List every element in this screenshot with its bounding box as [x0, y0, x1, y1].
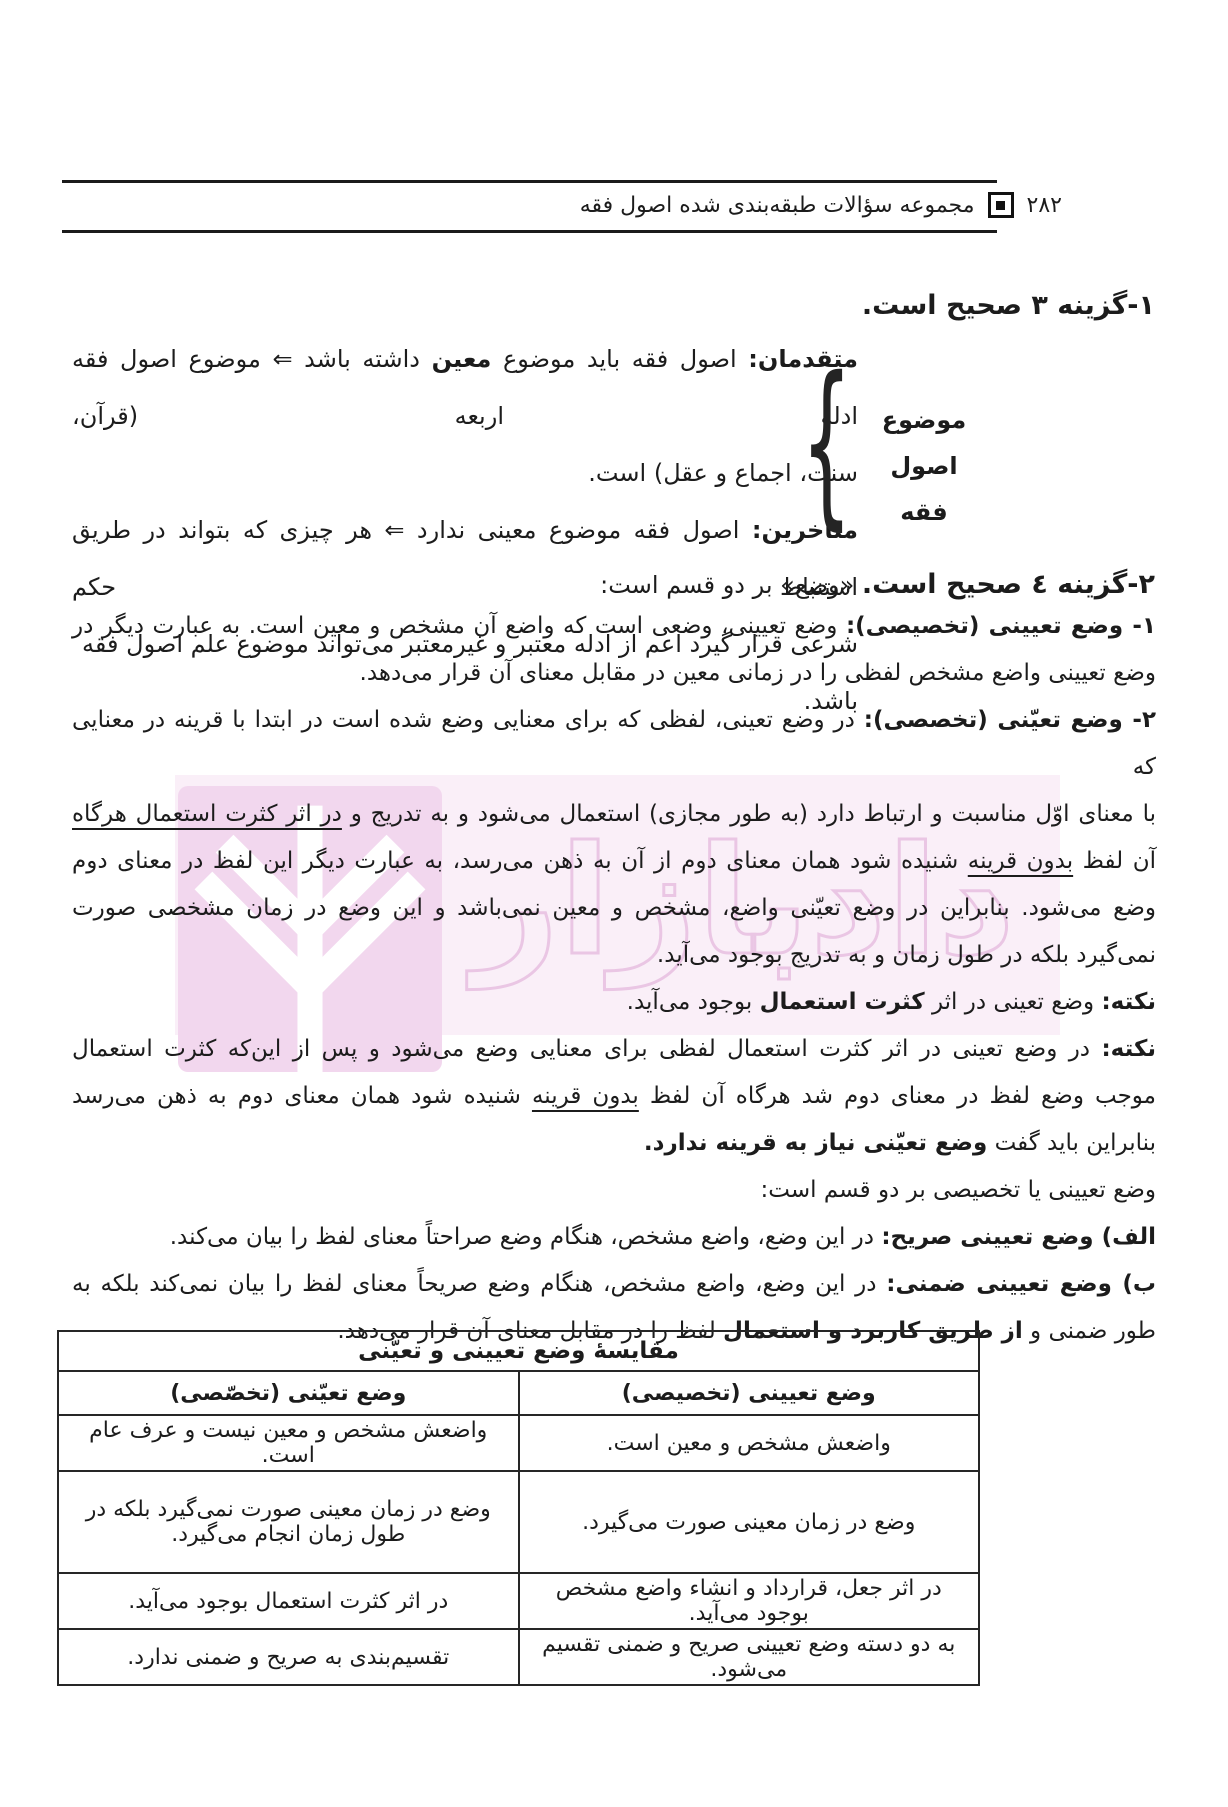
table-title-row: مقایسهٔ وضع تعیینی و تعیّنی	[58, 1331, 979, 1371]
text-line: نکته: در وضع تعینی در اثر کثرت استعمال ل…	[72, 1026, 1156, 1073]
text-line: وضع می‌شود. بنابراین در وضع تعیّنی واضع،…	[72, 885, 1156, 932]
text-segment: نکته:	[1101, 1036, 1156, 1062]
text-segment: اصول فقه باید موضوع	[491, 345, 748, 373]
answer-2-heading-bold: ۲-گزینه ٤ صحیح است.	[862, 569, 1155, 600]
answer-2-heading: ۲-گزینه ٤ صحیح است. «وضع» بر دو قسم است:	[600, 569, 1155, 600]
header-title: مجموعه سؤالات طبقه‌بندی شده اصول فقه	[580, 193, 975, 218]
header-rule-bottom	[62, 230, 997, 233]
text-line: موجب وضع لفظ در معنای دوم شد هرگاه آن لف…	[72, 1073, 1156, 1120]
text-segment: موجب وضع لفظ در معنای دوم شد هرگاه آن لف…	[639, 1083, 1156, 1109]
text-line: آن لفظ بدون قرینه شنیده شود همان معنای د…	[72, 838, 1156, 885]
text-segment: وضع تعیینی، وضعی است که واضع آن مشخص و م…	[72, 613, 846, 639]
cell-right: وضع در زمان معینی صورت می‌گیرد.	[519, 1471, 980, 1573]
text-segment: ۱- وضع تعیینی (تخصیصی):	[846, 613, 1156, 639]
text-segment: وضع می‌شود. بنابراین در وضع تعیّنی واضع،…	[72, 895, 1156, 921]
text-segment: طور ضمنی و	[1023, 1318, 1156, 1344]
text-line: نکته: وضع تعینی در اثر کثرت استعمال بوجو…	[72, 979, 1156, 1026]
cell-left: در اثر کثرت استعمال بوجود می‌آید.	[58, 1573, 519, 1629]
answer-2-heading-rest: «وضع» بر دو قسم است:	[600, 571, 862, 599]
text-line: الف) وضع تعیینی صریح: در این وضع، واضع م…	[72, 1214, 1156, 1261]
column-header-right: وضع تعیینی (تخصیصی)	[519, 1371, 980, 1415]
header-line: ۲۸۲ مجموعه سؤالات طبقه‌بندی شده اصول فقه	[580, 184, 1062, 226]
text-segment: بدون قرینه	[968, 848, 1073, 874]
table-row: به دو دسته وضع تعیینی صریح و ضمنی تقسیم …	[58, 1629, 979, 1685]
bracket-label: موضوع اصول فقه	[844, 397, 1004, 535]
text-segment: وضع تعیینی واضع مشخص لفظی را در زمانی مع…	[360, 660, 1156, 686]
text-segment: بنابراین باید گفت	[987, 1130, 1156, 1156]
text-line: ۲- وضع تعیّنی (تخصصی): در وضع تعینی، لفظ…	[72, 697, 1156, 791]
text-line: وضع تعیینی واضع مشخص لفظی را در زمانی مع…	[72, 650, 1156, 697]
text-segment: بوجود می‌آید.	[627, 989, 760, 1015]
text-segment: نکته:	[1101, 989, 1156, 1015]
text-line: سنت، اجماع و عقل) است.	[72, 445, 858, 502]
table-row: وضع در زمان معینی صورت می‌گیرد. وضع در ز…	[58, 1471, 979, 1573]
text-segment: شنیده شود همان معنای دوم به ذهن می‌رسد	[72, 1083, 532, 1109]
cell-right: در اثر جعل، قرارداد و انشاء واضع مشخص بو…	[519, 1573, 980, 1629]
text-segment: در این وضع، واضع مشخص، هنگام وضع صراحتاً…	[170, 1224, 882, 1250]
table-row: در اثر جعل، قرارداد و انشاء واضع مشخص بو…	[58, 1573, 979, 1629]
cell-right: به دو دسته وضع تعیینی صریح و ضمنی تقسیم …	[519, 1629, 980, 1685]
bracket-label-line2: فقه	[844, 489, 1004, 535]
bracket-label-line1: موضوع اصول	[844, 397, 1004, 489]
filled-square-icon	[988, 192, 1014, 218]
text-segment: شنیده شود همان معنای دوم از آن به ذهن می…	[72, 848, 968, 874]
comparison-table: مقایسهٔ وضع تعیینی و تعیّنی وضع تعیینی (…	[57, 1330, 980, 1686]
text-line: ۱- وضع تعیینی (تخصیصی): وضع تعیینی، وضعی…	[72, 603, 1156, 650]
document-page: دادبازار ۲۸۲ مجموعه سؤالات طبقه‌بندی شده…	[0, 0, 1228, 1807]
text-line: بنابراین باید گفت وضع تعیّنی نیاز به قری…	[72, 1120, 1156, 1167]
text-line: نمی‌گیرد بلکه در طول زمان و به تدریج بوج…	[72, 932, 1156, 979]
text-line: با معنای اوّل مناسبت و ارتباط دارد (به ط…	[72, 791, 1156, 838]
text-segment: وضع تعیینی یا تخصیصی بر دو قسم است:	[761, 1177, 1156, 1203]
header-rule-top	[62, 180, 997, 183]
table-title: مقایسهٔ وضع تعیینی و تعیّنی	[58, 1331, 979, 1371]
cell-left: تقسیم‌بندی به صریح و ضمنی ندارد.	[58, 1629, 519, 1685]
text-segment: ب) وضع تعیینی ضمنی:	[886, 1271, 1156, 1297]
text-segment: در این وضع، واضع مشخص، هنگام وضع صریحاً …	[72, 1271, 886, 1297]
text-line: وضع تعیینی یا تخصیصی بر دو قسم است:	[72, 1167, 1156, 1214]
text-segment: با معنای اوّل مناسبت و ارتباط دارد (به ط…	[342, 801, 1156, 827]
cell-right: واضعش مشخص و معین است.	[519, 1415, 980, 1471]
text-segment: ۲- وضع تعیّنی (تخصصی):	[864, 707, 1156, 733]
text-segment: آن لفظ	[1073, 848, 1156, 874]
answer-1-heading: ۱-گزینه ۳ صحیح است.	[862, 290, 1155, 321]
text-line: متقدمان: اصول فقه باید موضوع معین داشته …	[72, 331, 858, 445]
text-segment: کثرت استعمال	[760, 989, 925, 1015]
filled-square-icon-inner	[996, 201, 1005, 210]
table-header-row: وضع تعیینی (تخصیصی) وضع تعیّنی (تخصّصی)	[58, 1371, 979, 1415]
text-segment: در وضع تعینی در اثر کثرت استعمال لفظی بر…	[72, 1036, 1101, 1062]
text-segment: معین	[432, 345, 492, 373]
text-segment: نمی‌گیرد بلکه در طول زمان و به تدریج بوج…	[657, 942, 1156, 968]
cell-left: واضعش مشخص و معین نیست و عرف عام است.	[58, 1415, 519, 1471]
table-row: واضعش مشخص و معین است. واضعش مشخص و معین…	[58, 1415, 979, 1471]
text-segment: در اثر کثرت استعمال هرگاه	[72, 801, 342, 827]
cell-left: وضع در زمان معینی صورت نمی‌گیرد بلکه در …	[58, 1471, 519, 1573]
text-segment: وضع تعیّنی نیاز به قرینه ندارد.	[644, 1130, 987, 1156]
text-line: ب) وضع تعیینی ضمنی: در این وضع، واضع مشخ…	[72, 1261, 1156, 1308]
answer-2-body: ۱- وضع تعیینی (تخصیصی): وضع تعیینی، وضعی…	[72, 603, 1156, 1355]
text-segment: بدون قرینه	[532, 1083, 639, 1109]
text-segment: الف) وضع تعیینی صریح:	[881, 1224, 1156, 1250]
text-segment: وضع تعینی در اثر	[925, 989, 1102, 1015]
column-header-left: وضع تعیّنی (تخصّصی)	[58, 1371, 519, 1415]
page-number: ۲۸۲	[1027, 193, 1062, 218]
